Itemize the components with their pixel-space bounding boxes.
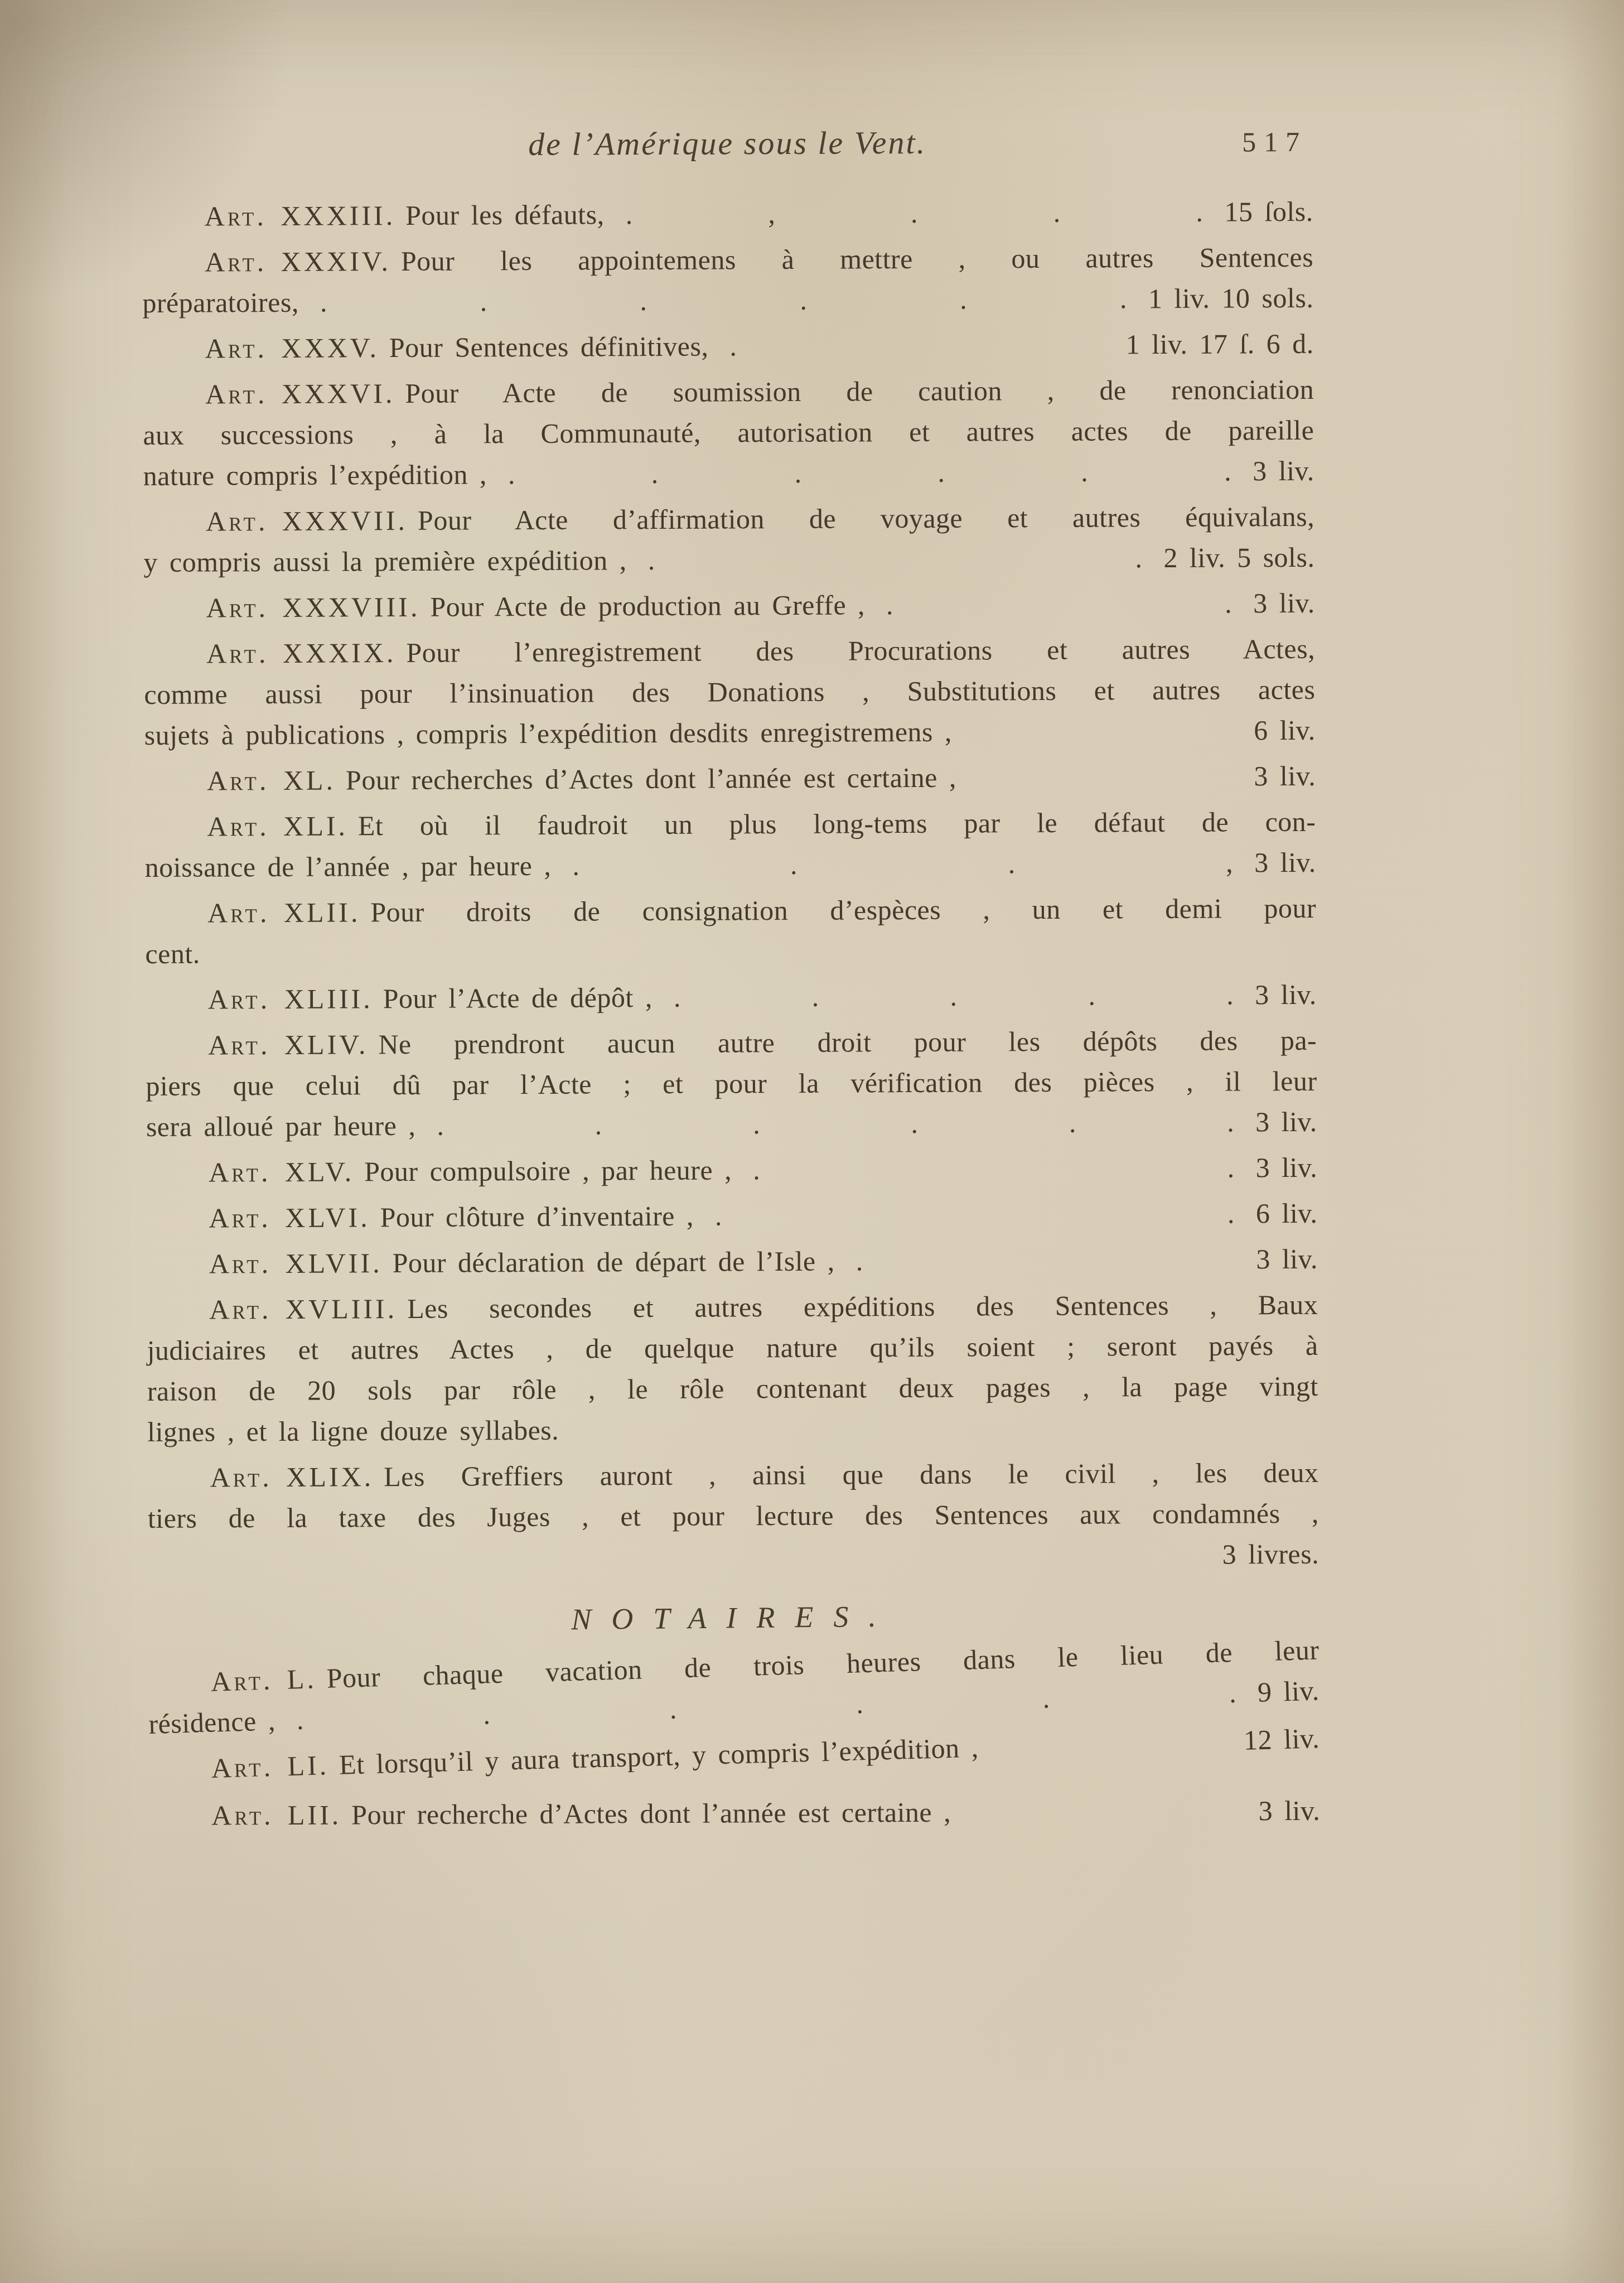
article-number: Art. XVLIII.: [209, 1288, 397, 1330]
article-line: Art. XLVII.Pour déclaration de départ de…: [147, 1239, 1318, 1285]
fee-value: 3 liv.: [1254, 756, 1316, 797]
article-line: aux successions , à la Communauté, autor…: [143, 410, 1314, 456]
article-number: Art. XLIV.: [208, 1024, 369, 1065]
article-text: Pour Acte de production au Greffe ,: [430, 585, 865, 627]
dot-leader: . . . . . .: [415, 1102, 1255, 1146]
article: Art. LI.Et lorsqu’il y aura transport, y…: [149, 1745, 1320, 1790]
article-line: Art. XLIV.Ne prendront aucun autre droit…: [146, 1020, 1317, 1066]
article-number: Art. LII.: [211, 1794, 341, 1836]
article-text: Pour clôture d’inventaire ,: [380, 1196, 694, 1238]
article-line: raison de 20 sols par rôle , le rôle con…: [147, 1366, 1318, 1412]
fee-value: 3 liv.: [1255, 974, 1317, 1015]
article-number: Art. XXXV.: [205, 327, 380, 369]
article-number: Art. L.: [210, 1658, 317, 1702]
fee-value: 3 liv.: [1255, 1102, 1317, 1142]
article-line: cent.: [145, 929, 1316, 974]
article: Art. XLII.Pour droits de consignation d’…: [145, 888, 1317, 974]
article-text: Pour Acte de soumission de caution , de …: [405, 369, 1314, 414]
article: Art. XLI.Et où il faudroit un plus long-…: [144, 802, 1316, 888]
dot-leader: . .: [865, 583, 1253, 625]
fee-value: 3 liv.: [1256, 1239, 1318, 1280]
article: Art. XLVII.Pour déclaration de départ de…: [147, 1239, 1318, 1285]
article-line: Art. LII.Pour recherche d’Actes dont l’a…: [149, 1790, 1320, 1836]
article-text: résidence ,: [148, 1700, 275, 1745]
fee-value: 9 liv.: [1257, 1671, 1320, 1713]
article-line: Art. XXXIV.Pour les appointemens à mettr…: [142, 237, 1313, 283]
article-line: Art. XLIX.Les Greffiers auront , ainsi q…: [147, 1452, 1318, 1498]
article-line: y compris aussi la première expédition ,…: [143, 537, 1314, 583]
article-number: Art. XLV.: [209, 1151, 354, 1193]
fee-value: 12 liv.: [1243, 1718, 1320, 1761]
article-text: préparatoires,: [142, 282, 299, 324]
article-line: comme aussi pour l’insinuation des Donat…: [144, 669, 1315, 715]
article-line: préparatoires,. . . . . .1 liv. 10 sols.: [142, 278, 1313, 324]
article-line: Art. XLIII.Pour l’Acte de dépôt ,. . . .…: [146, 974, 1317, 1020]
article-line: Art. XXXIII.Pour les défauts,. , . . .15…: [142, 191, 1313, 237]
dot-leader: . . . . .: [652, 974, 1255, 1018]
article-line: judiciaires et autres Actes , de quelque…: [147, 1325, 1318, 1371]
article-text: Pour l’Acte de dépôt ,: [383, 977, 652, 1019]
article-text: comme aussi pour l’insinuation des Donat…: [144, 669, 1315, 715]
article: Art. XXXIII.Pour les défauts,. , . . .15…: [142, 191, 1313, 237]
page-content: de l’Amérique sous le Vent. 517 Art. XXX…: [142, 122, 1320, 1836]
dot-leader: .: [708, 324, 1126, 366]
article-text: nature compris l’expédition ,: [143, 454, 487, 496]
article-number: Art. LI.: [211, 1745, 330, 1789]
article-text: Les Greffiers auront , ainsi que dans le…: [384, 1452, 1319, 1497]
article-text: Pour Acte d’affirmation de voyage et aut…: [418, 496, 1314, 541]
article-text: Pour déclaration de départ de l’Isle ,: [392, 1241, 834, 1283]
article-line: Art. XXXIX.Pour l’enregistrement des Pro…: [144, 629, 1315, 674]
article-number: Art. XLI.: [207, 805, 348, 847]
article-line: Art. XXXVIII.Pour Acte de production au …: [144, 583, 1315, 629]
article-line: sera alloué par heure ,. . . . . .3 liv.: [146, 1102, 1317, 1147]
article-line: noissance de l’année , par heure ,. . . …: [145, 842, 1316, 888]
article-number: Art. XLVI.: [209, 1197, 370, 1238]
article-line: sujets à publications , compris l’expédi…: [144, 710, 1316, 756]
article-text: Les secondes et autres expéditions des S…: [407, 1285, 1318, 1329]
dot-leader: . . . . . .: [487, 451, 1253, 495]
fee-value: 3 liv.: [1254, 842, 1316, 883]
article-line: Art. XLI.Et où il faudroit un plus long-…: [144, 802, 1316, 847]
article-number: Art. XLIII.: [208, 978, 373, 1020]
article-number: Art. XXXVIII.: [206, 587, 420, 629]
running-header: de l’Amérique sous le Vent. 517: [142, 122, 1313, 174]
article-text: Et où il faudroit un plus long-tems par …: [358, 802, 1316, 846]
dot-leader: . .: [627, 538, 1164, 581]
article-text: piers que celui dû par l’Acte ; et pour …: [146, 1061, 1317, 1107]
article-text: Pour les défauts,: [405, 194, 605, 236]
dot-leader: . .: [694, 1193, 1256, 1236]
fee-value: 6 liv.: [1254, 710, 1316, 751]
article: Art. XXXIV.Pour les appointemens à mettr…: [142, 237, 1314, 324]
article-text: Pour l’enregistrement des Procurations e…: [406, 629, 1315, 673]
fee-value: 2 liv. 5 sols.: [1163, 537, 1314, 578]
article: Art. XXXVII.Pour Acte d’affirmation de v…: [143, 496, 1315, 583]
article-number: Art. XXXVI.: [205, 373, 395, 414]
dot-leader: .: [835, 1239, 1256, 1281]
article: Art. XLIV.Ne prendront aucun autre droit…: [146, 1020, 1317, 1147]
article: Art. XLVI.Pour clôture d’inventaire ,. .…: [146, 1193, 1317, 1239]
article-line: Art. XLII.Pour droits de consignation d’…: [145, 888, 1316, 934]
article-text: tiers de la taxe des Juges , et pour lec…: [148, 1493, 1319, 1539]
article-text: cent.: [145, 934, 200, 974]
article: Art. XLV.Pour compulsoire , par heure ,.…: [146, 1147, 1317, 1193]
article-line: Art. XVLIII.Les secondes et autres expéd…: [147, 1285, 1318, 1330]
fee-value: 3 liv.: [1255, 1147, 1317, 1188]
article-number: Art. XXXIII.: [205, 195, 396, 236]
article: Art. XXXVI.Pour Acte de soumission de ca…: [143, 369, 1314, 496]
fee-value: 6 liv.: [1256, 1193, 1318, 1234]
article-text: sujets à publications , compris l’expédi…: [144, 712, 953, 756]
article-text: Ne prendront aucun autre droit pour les …: [378, 1020, 1317, 1065]
dot-leader: . , . . .: [604, 192, 1224, 235]
article-number: Art. XXXIV.: [205, 241, 391, 282]
dot-leader: . . . ,: [551, 842, 1254, 886]
dot-leader: . . . . . .: [299, 278, 1148, 323]
article-number: Art. XLVII.: [209, 1243, 383, 1284]
article-line: Art. XLV.Pour compulsoire , par heure ,.…: [146, 1147, 1317, 1193]
article-text: Pour recherche d’Actes dont l’année est …: [351, 1792, 951, 1836]
fee-value: 3 liv.: [1258, 1790, 1320, 1831]
fee-value: 3 liv.: [1253, 583, 1315, 624]
section: NOTAIRES.Art. L.Pour chaque vacation de …: [148, 1598, 1321, 1836]
article-text: y compris aussi la première expédition ,: [143, 540, 627, 583]
article-number: Art. XXXIX.: [206, 633, 397, 674]
article-text: Pour les appointemens à mettre , ou autr…: [401, 237, 1313, 282]
article-line: lignes , et la ligne douze syllabes.: [147, 1407, 1318, 1452]
article-text: Pour compulsoire , par heure ,: [364, 1150, 732, 1192]
article: Art. XL.Pour recherches d’Actes dont l’a…: [144, 756, 1316, 802]
fee-value: 1 liv. 17 ſ. 6 d.: [1126, 324, 1314, 365]
article: Art. XLIII.Pour l’Acte de dépôt ,. . . .…: [146, 974, 1317, 1020]
article-text: aux successions , à la Communauté, autor…: [143, 410, 1314, 456]
article-line: tiers de la taxe des Juges , et pour lec…: [148, 1493, 1319, 1539]
article-line: nature compris l’expédition ,. . . . . .…: [143, 451, 1314, 496]
article-line: Art. XLVI.Pour clôture d’inventaire ,. .…: [146, 1193, 1317, 1239]
article: Art. XXXV.Pour Sentences définitives,.1 …: [143, 324, 1314, 369]
article-text: lignes , et la ligne douze syllabes.: [147, 1410, 559, 1452]
section: Art. XXXIII.Pour les défauts,. , . . .15…: [142, 191, 1319, 1580]
article-number: Art. XLII.: [207, 892, 361, 933]
article-number: Art. XXXVII.: [206, 500, 408, 542]
article: Art. XXXIX.Pour l’enregistrement des Pro…: [144, 629, 1316, 756]
fee-value: 15 ſols.: [1224, 191, 1313, 233]
article-text: noissance de l’année , par heure ,: [145, 846, 552, 888]
fee-value: 3 liv.: [1253, 451, 1314, 491]
article-line: Art. XXXVI.Pour Acte de soumission de ca…: [143, 369, 1314, 415]
fee-value: 3 livres.: [1222, 1534, 1319, 1575]
section-heading: NOTAIRES.: [148, 1595, 1319, 1640]
article-number: Art. XL.: [207, 760, 336, 801]
article-line: Art. XL.Pour recherches d’Actes dont l’a…: [144, 756, 1316, 802]
sections: Art. XXXIII.Pour les défauts,. , . . .15…: [142, 191, 1321, 1836]
article-line: 3 livres.: [148, 1534, 1319, 1580]
article-text: sera alloué par heure ,: [146, 1106, 416, 1147]
article-line: Art. XXXVII.Pour Acte d’affirmation de v…: [143, 496, 1314, 542]
article-line: Art. XXXV.Pour Sentences définitives,.1 …: [143, 324, 1314, 369]
article: Art. XXXVIII.Pour Acte de production au …: [144, 583, 1315, 629]
dot-leader: . .: [732, 1147, 1256, 1190]
article: Art. XLIX.Les Greffiers auront , ainsi q…: [147, 1452, 1319, 1580]
article-text: Pour droits de consignation d’espèces , …: [370, 888, 1316, 933]
page-number: 517: [1242, 126, 1307, 158]
article-text: Pour Sentences définitives,: [389, 326, 709, 368]
article-text: raison de 20 sols par rôle , le rôle con…: [147, 1366, 1318, 1412]
article-number: Art. XLIX.: [210, 1456, 374, 1498]
article: Art. LII.Pour recherche d’Actes dont l’a…: [149, 1790, 1320, 1836]
running-header-title: de l’Amérique sous le Vent.: [142, 122, 1313, 165]
article-text: Pour recherches d’Actes dont l’année est…: [346, 757, 956, 801]
article: Art. XVLIII.Les secondes et autres expéd…: [147, 1285, 1318, 1452]
article-text: judiciaires et autres Actes , de quelque…: [147, 1325, 1318, 1371]
article-line: piers que celui dû par l’Acte ; et pour …: [146, 1061, 1317, 1107]
fee-value: 1 liv. 10 sols.: [1148, 278, 1314, 319]
